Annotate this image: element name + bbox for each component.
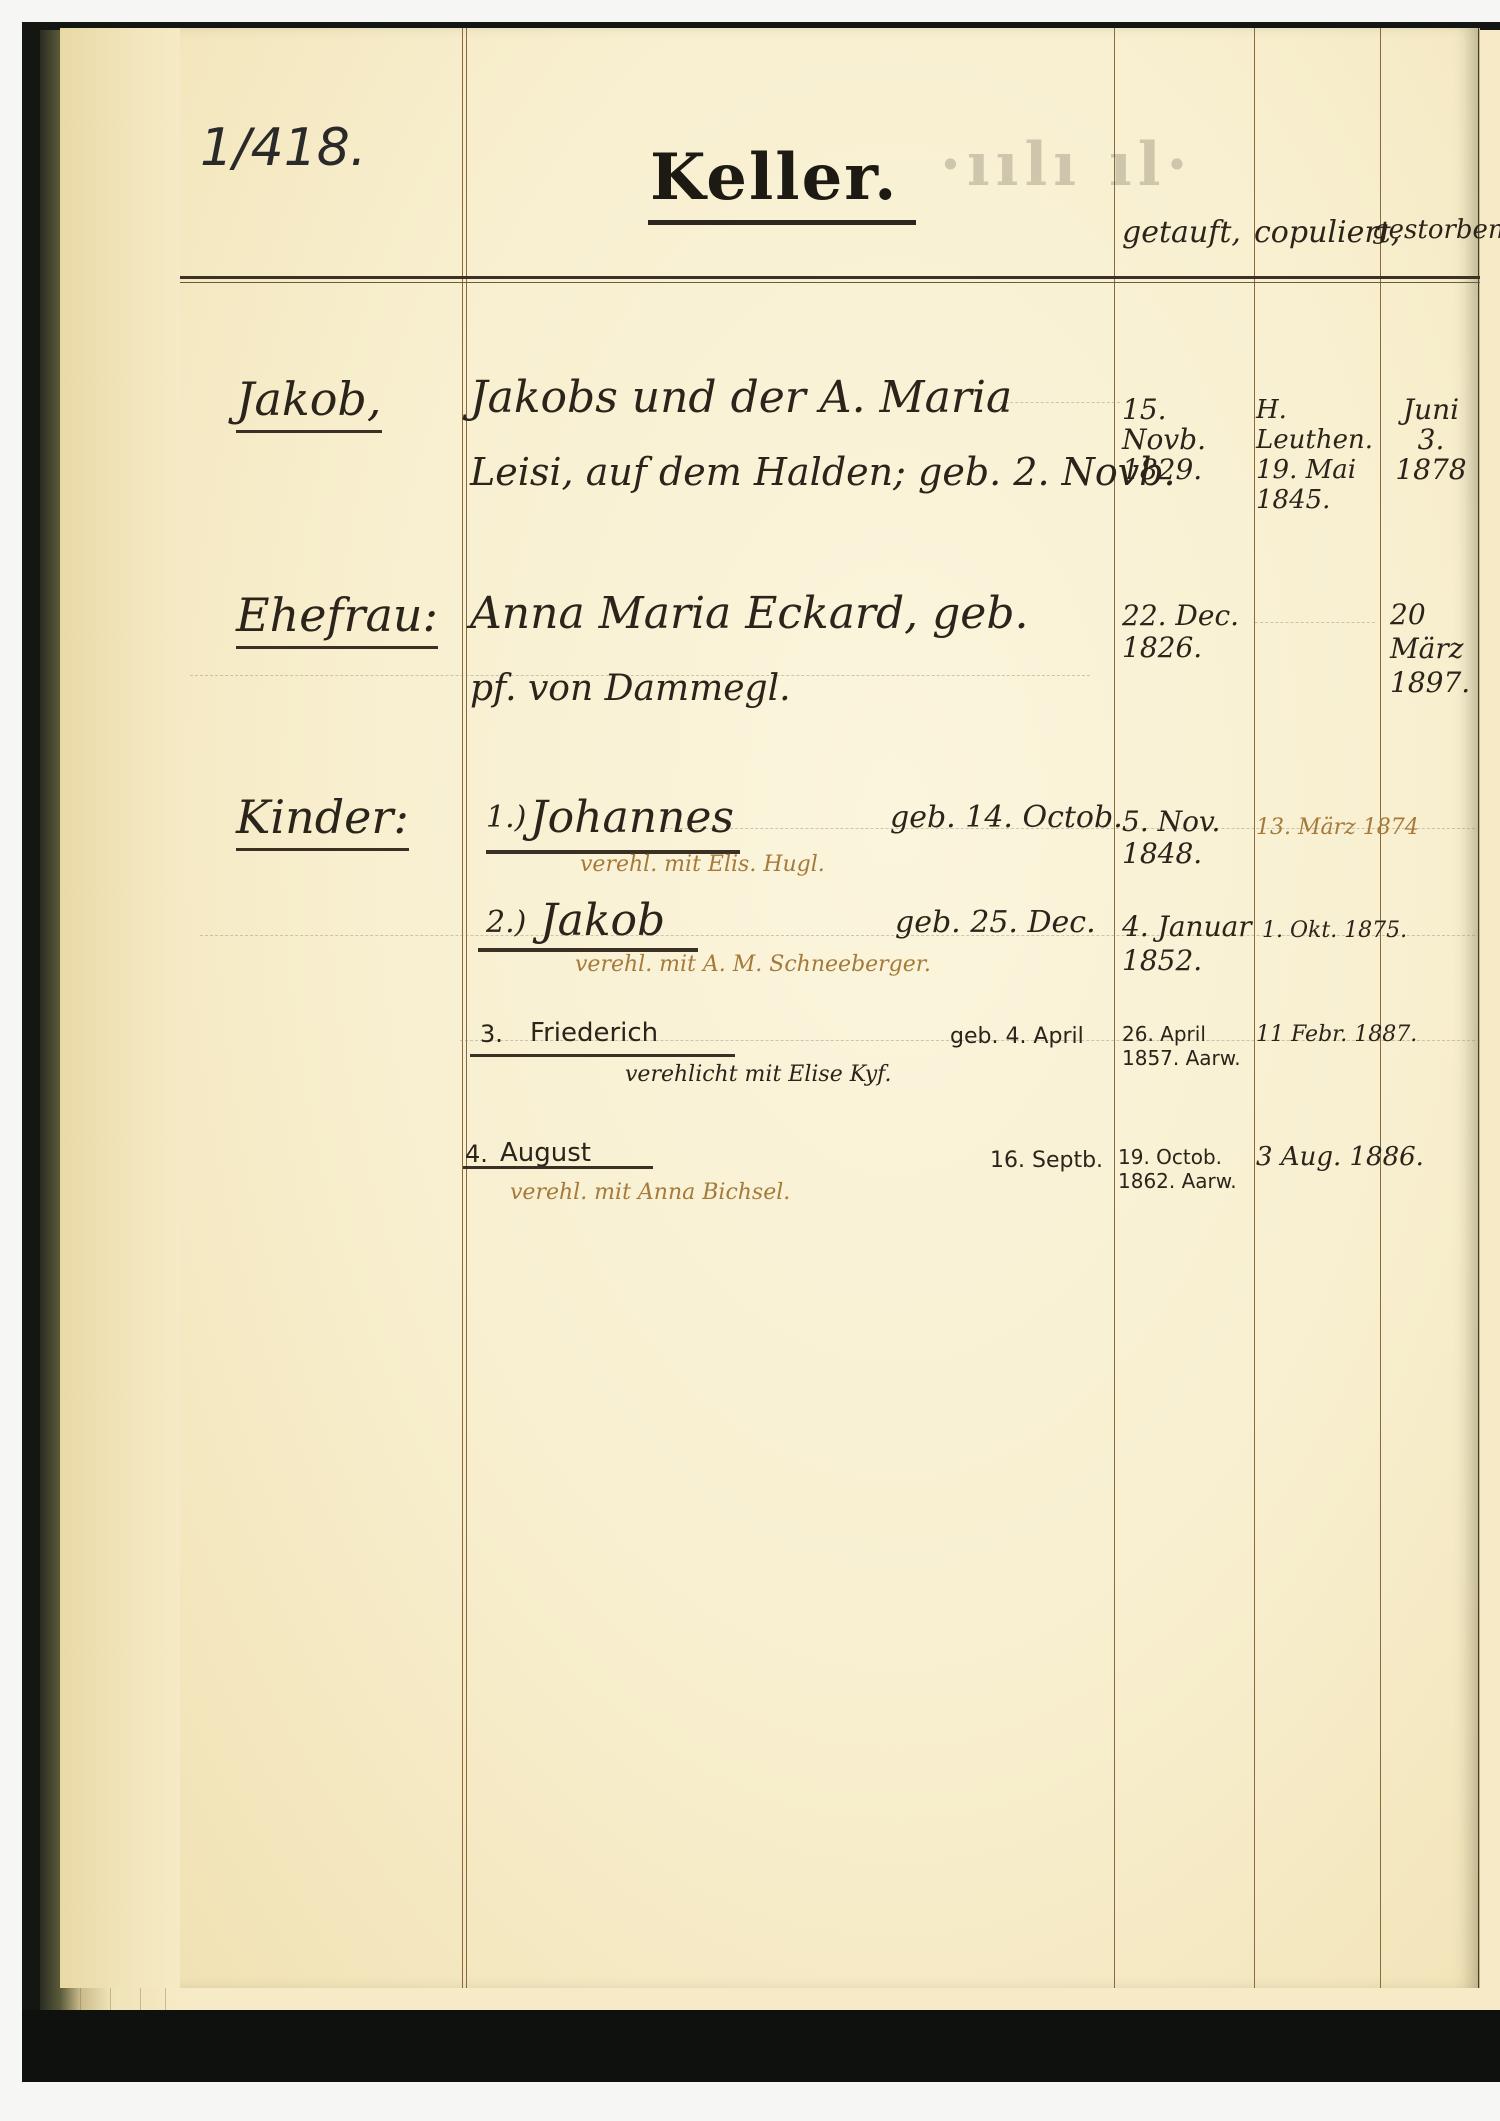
child-1-married: 13. März 1874 bbox=[1256, 815, 1419, 840]
father-parents-line1: Jakobs und der A. Maria bbox=[470, 372, 1012, 423]
child-4-married: 3 Aug. 1886. bbox=[1256, 1142, 1424, 1172]
child-4-born: 16. Septb. bbox=[990, 1148, 1103, 1173]
column-rule-married bbox=[1254, 28, 1255, 1988]
header-died: gestorben. bbox=[1372, 215, 1500, 245]
header-rule-thin bbox=[180, 282, 1480, 283]
father-baptized: 15. Novb. 1829. bbox=[1122, 395, 1252, 485]
child-4-number: 4. bbox=[465, 1140, 488, 1168]
child-2-baptized: 4. Januar 1852. bbox=[1122, 910, 1252, 978]
child-1-note: verehl. mit Elis. Hugl. bbox=[580, 852, 825, 877]
child-1-number: 1.) bbox=[486, 800, 526, 835]
child-3-underline bbox=[470, 1054, 735, 1057]
child-2-note: verehl. mit A. M. Schneeberger. bbox=[575, 952, 931, 977]
page-margin bbox=[60, 28, 190, 1988]
child-2-name: Jakob bbox=[540, 895, 665, 946]
father-married: H. Leuthen. 19. Mai 1845. bbox=[1256, 395, 1380, 515]
child-3-number: 3. bbox=[480, 1020, 503, 1048]
wife-name-line1: Anna Maria Eckard, geb. bbox=[470, 588, 1028, 639]
column-rule-name-double bbox=[466, 28, 467, 1988]
header-rule bbox=[180, 276, 1480, 279]
father-parents-line2: Leisi, auf dem Halden; geb. 2. Novb. bbox=[470, 450, 1176, 494]
column-rule-right bbox=[1478, 28, 1479, 1988]
child-4-note: verehl. mit Anna Bichsel. bbox=[510, 1180, 790, 1205]
surname-title: Keller. bbox=[650, 140, 898, 215]
child-3-name: Friederich bbox=[530, 1018, 658, 1048]
archive-number: 1/418. bbox=[200, 118, 366, 178]
column-rule-name bbox=[462, 28, 463, 1988]
child-4-baptized: 19. Octob. 1862. Aarw. bbox=[1118, 1145, 1254, 1193]
wife-name-line2: pf. von Dammegl. bbox=[470, 668, 791, 709]
child-1-name: Johannes bbox=[530, 792, 734, 843]
child-2-number: 2.) bbox=[486, 905, 526, 940]
child-2-married: 1. Okt. 1875. bbox=[1262, 918, 1407, 943]
register-page bbox=[180, 28, 1480, 1988]
father-label: Jakob, bbox=[236, 372, 382, 433]
child-4-name: August bbox=[500, 1138, 591, 1168]
children-label: Kinder: bbox=[236, 790, 409, 851]
child-3-note: verehlicht mit Elise Kyf. bbox=[625, 1062, 892, 1087]
wife-died: 20 März 1897. bbox=[1390, 598, 1480, 700]
scanner-bed bbox=[22, 2010, 1500, 2082]
column-rule-baptized bbox=[1114, 28, 1115, 1988]
wife-label: Ehefrau: bbox=[236, 588, 438, 649]
wife-baptized: 22. Dec. 1826. bbox=[1122, 600, 1252, 664]
child-3-married: 11 Febr. 1887. bbox=[1256, 1022, 1417, 1047]
child-1-baptized: 5. Nov. 1848. bbox=[1122, 806, 1252, 870]
bleed-through-text: ·ıılı ıl· bbox=[940, 130, 1193, 200]
child-1-born: geb. 14. Octob. bbox=[890, 800, 1123, 835]
column-rule-died bbox=[1380, 28, 1381, 1988]
father-died: Juni 3. 1878 bbox=[1386, 395, 1476, 485]
guide-line bbox=[1000, 402, 1120, 404]
child-2-born: geb. 25. Dec. bbox=[895, 905, 1096, 940]
guide-line bbox=[1255, 622, 1375, 624]
child-3-born: geb. 4. April bbox=[950, 1024, 1084, 1049]
header-baptized: getauft, bbox=[1122, 215, 1241, 250]
child-3-baptized: 26. April 1857. Aarw. bbox=[1122, 1022, 1252, 1070]
child-4-underline bbox=[463, 1166, 653, 1169]
title-underline bbox=[648, 220, 916, 225]
